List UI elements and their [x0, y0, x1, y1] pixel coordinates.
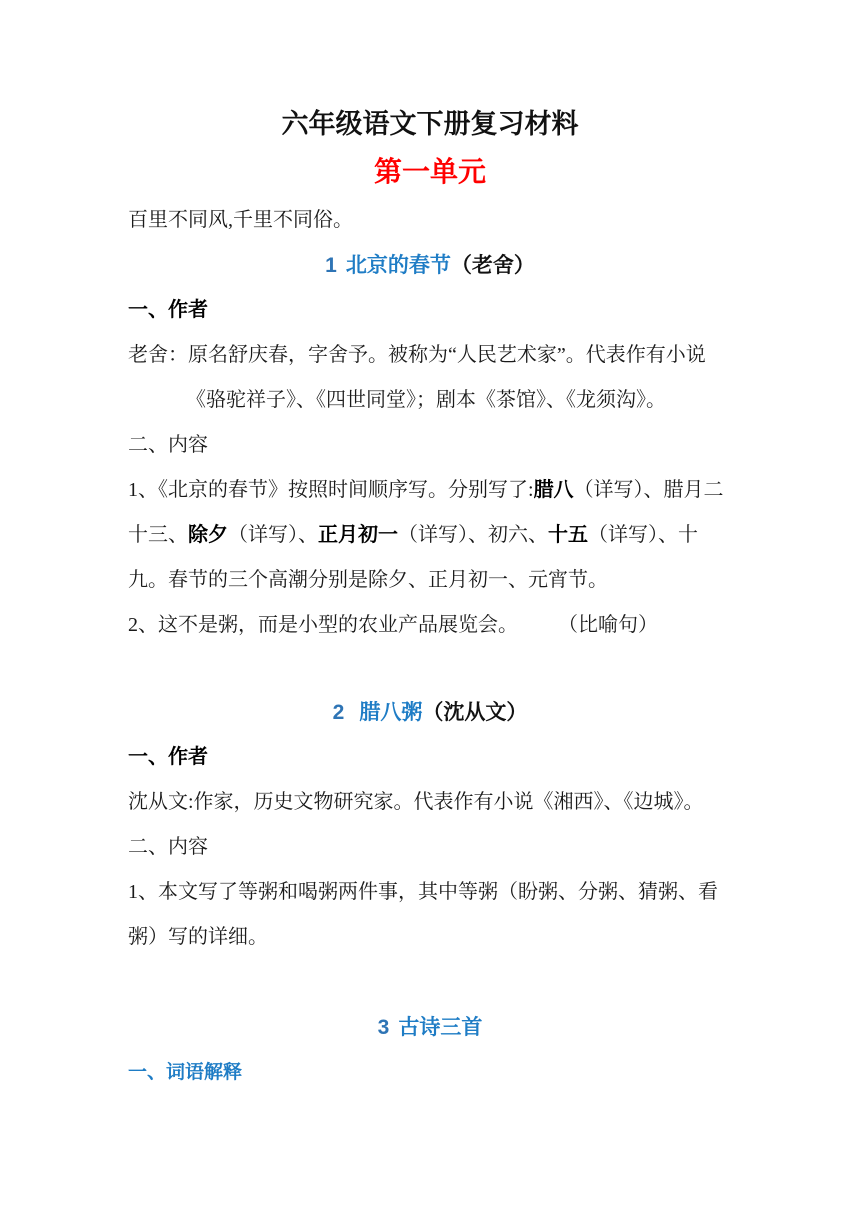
- bold-term-laba: 腊八: [534, 479, 574, 501]
- lesson-1-content-label: 二、内容: [128, 423, 732, 468]
- lesson-1-heading: 1北京的春节（老舍）: [128, 243, 732, 288]
- lesson-2-heading: 2腊八粥（沈从文）: [128, 690, 732, 735]
- blank-line: [128, 648, 732, 690]
- lesson-1-number: 1: [325, 254, 337, 277]
- text-run: （详写）、: [228, 524, 318, 546]
- bold-term-chuxi: 除夕: [188, 524, 228, 546]
- bold-term-shiwu: 十五: [548, 524, 588, 546]
- lesson-2-author-bio: 沈从文:作家，历史文物研究家。代表作有小说《湘西》、《边城》。: [128, 780, 732, 825]
- lesson-2-content-item-1: 1、本文写了等粥和喝粥两件事，其中等粥（盼粥、分粥、猜粥、看粥）写的详细。: [128, 870, 732, 960]
- lesson-2-author: （沈从文）: [422, 700, 527, 724]
- lesson-1-author-bio: 老舍：原名舒庆春，字舍予。被称为“人民艺术家”。代表作有小说《骆驼祥子》、《四世…: [128, 333, 732, 423]
- lesson-1-author-label: 一、作者: [128, 288, 732, 333]
- lesson-2-number: 2: [333, 701, 345, 724]
- lesson-1-author: （老舍）: [451, 253, 535, 277]
- lesson-2-title: 腊八粥: [359, 701, 422, 724]
- unit-title: 第一单元: [128, 148, 732, 198]
- lesson-3-section-label: 一、词语解释: [128, 1050, 732, 1095]
- lesson-1-title: 北京的春节: [346, 254, 451, 277]
- lesson-3-number: 3: [378, 1016, 390, 1039]
- bold-term-zhengyuechuyi: 正月初一: [318, 524, 398, 546]
- lesson-3-title: 古诗三首: [398, 1016, 482, 1039]
- lesson-3-heading: 3古诗三首: [128, 1005, 732, 1050]
- blank-line: [128, 960, 732, 1005]
- lesson-2-content-label: 二、内容: [128, 825, 732, 870]
- text-run: （详写）、初六、: [398, 524, 548, 546]
- intro-text: 百里不同风,千里不同俗。: [128, 198, 732, 243]
- doc-title: 六年级语文下册复习材料: [128, 100, 732, 148]
- text-run: 1、《北京的春节》按照时间顺序写。分别写了:: [128, 479, 534, 501]
- document-page: 六年级语文下册复习材料 第一单元 百里不同风,千里不同俗。 1北京的春节（老舍）…: [0, 0, 860, 1216]
- lesson-1-content-item-1: 1、《北京的春节》按照时间顺序写。分别写了:腊八（详写）、腊月二十三、除夕（详写…: [128, 468, 732, 603]
- lesson-1-content-item-2: 2、这不是粥，而是小型的农业产品展览会。 （比喻句）: [128, 603, 732, 648]
- lesson-2-author-label: 一、作者: [128, 735, 732, 780]
